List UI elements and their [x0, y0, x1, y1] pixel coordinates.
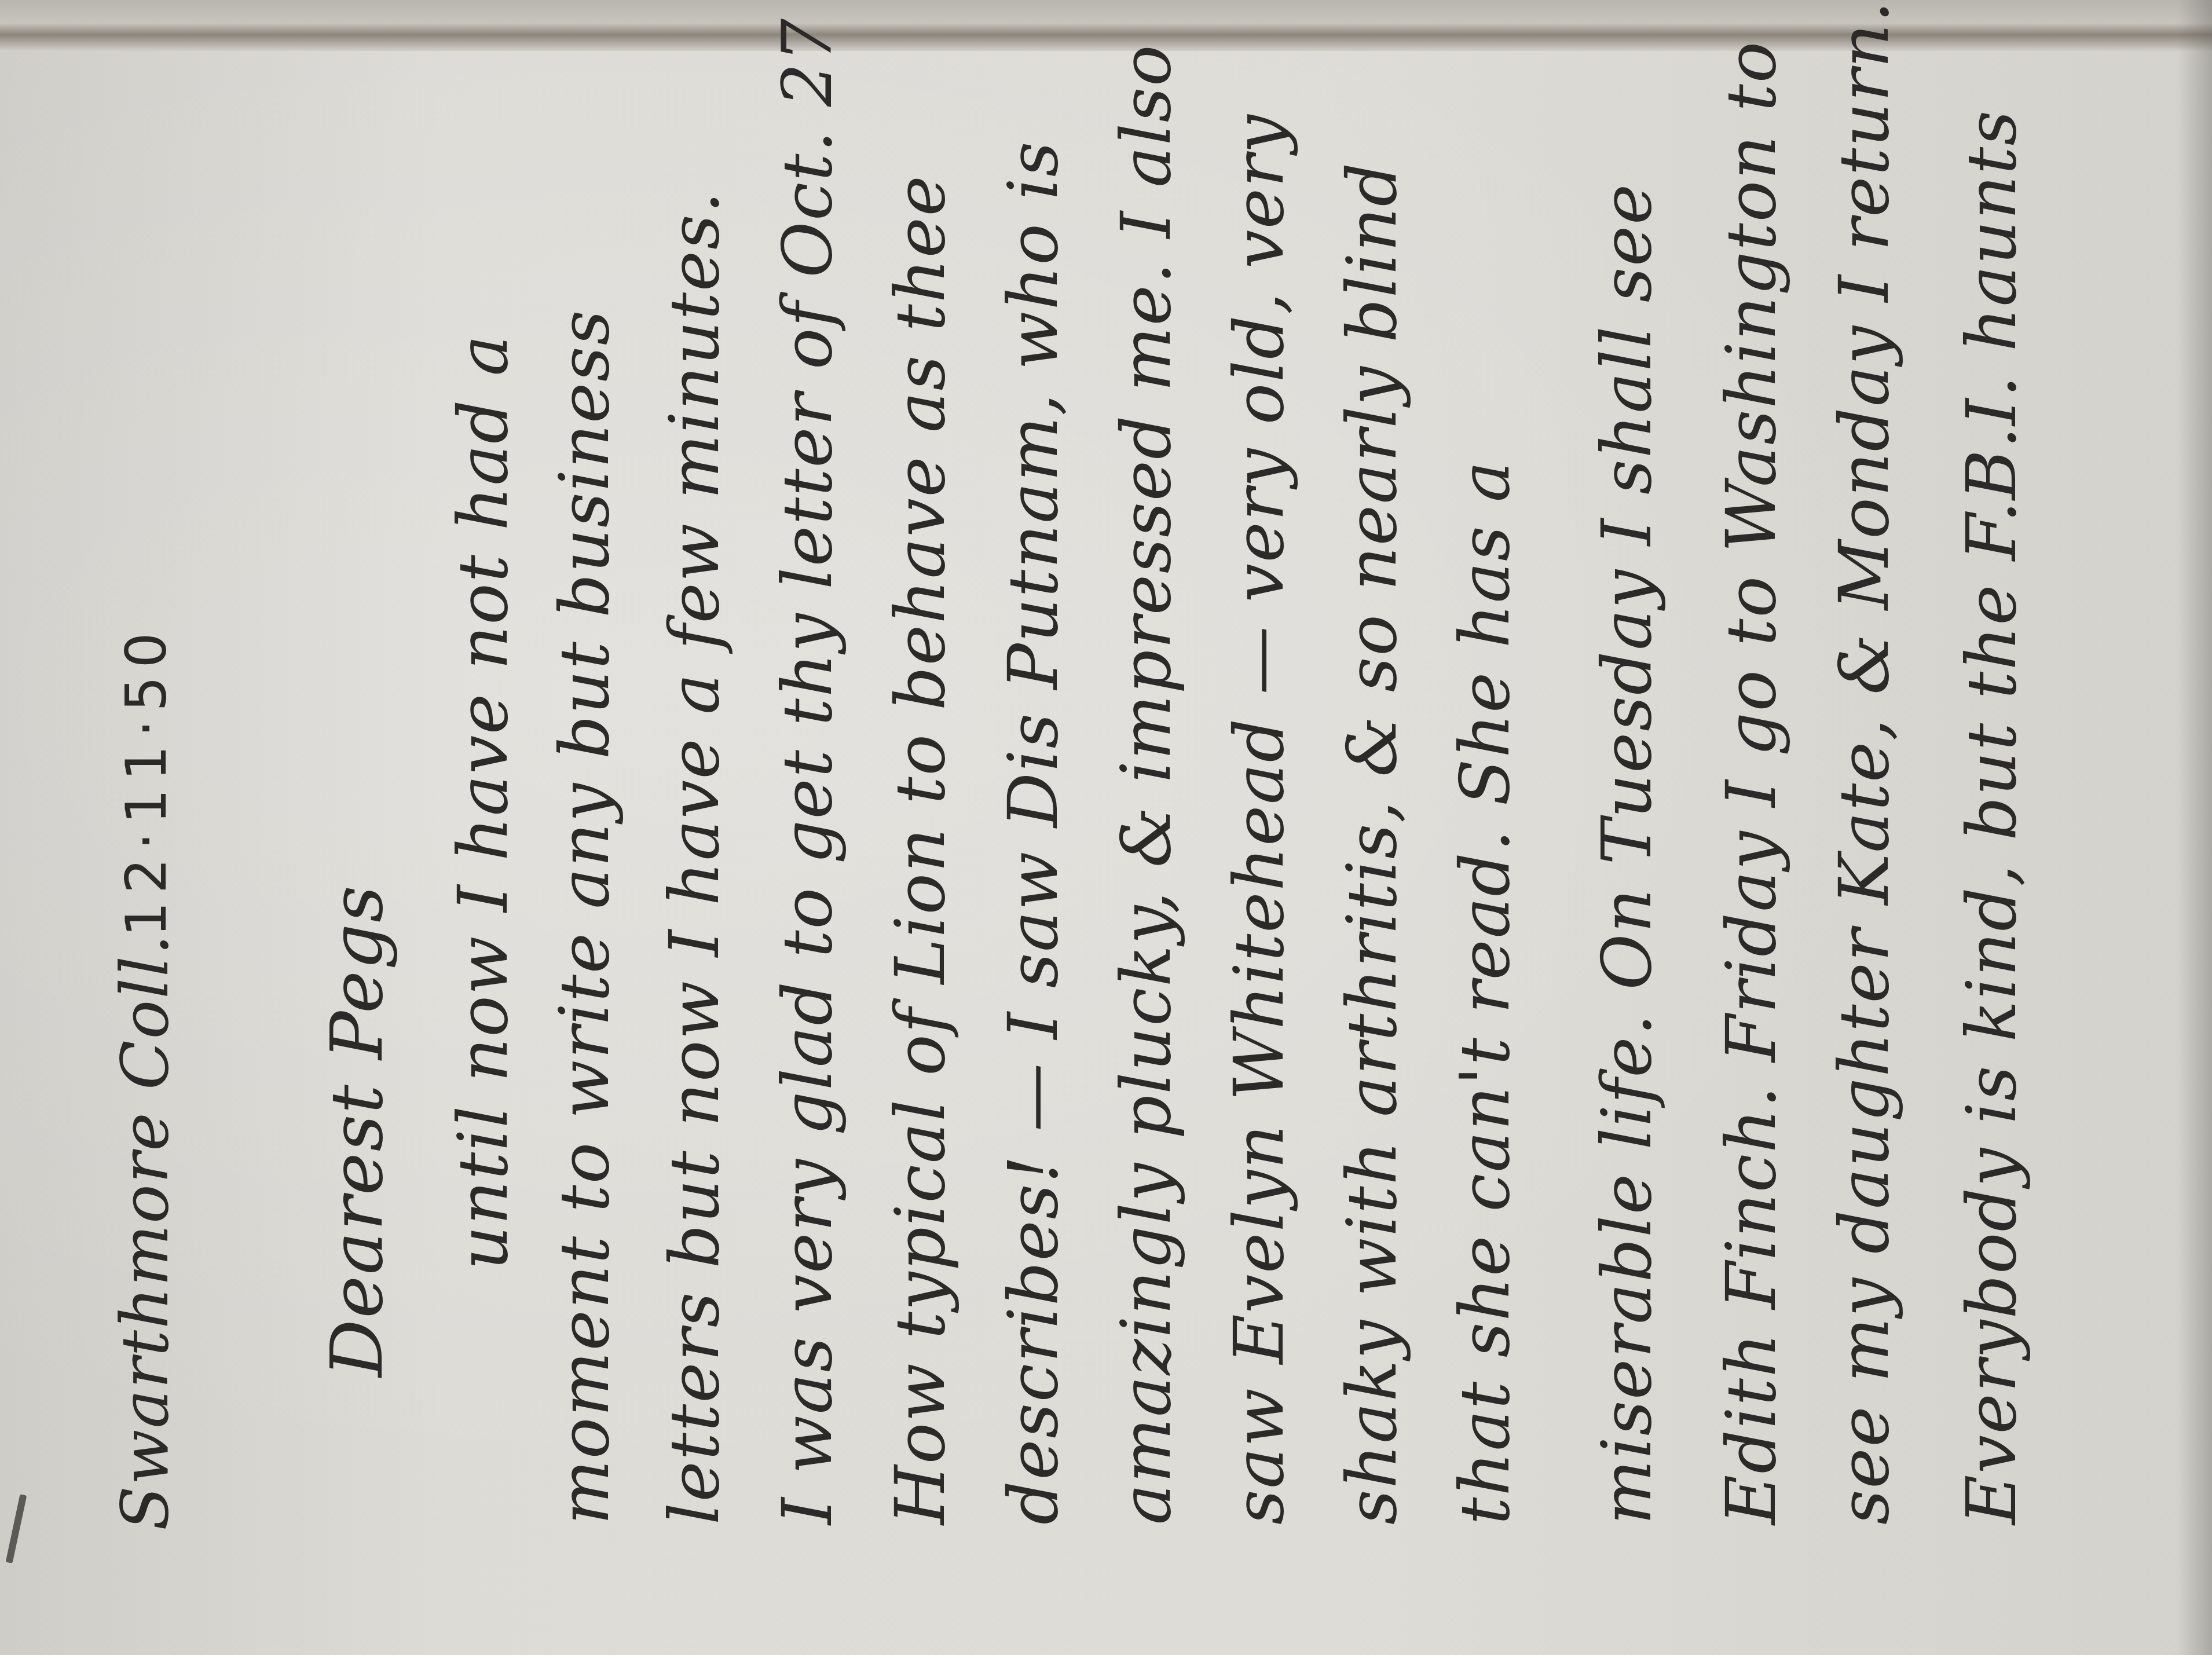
letter-date: 12·11·50	[119, 625, 174, 938]
letter-line: until now I have not had a	[449, 334, 517, 1270]
letter-line: see my daughter Kate, & Monday I return.	[1830, 0, 1898, 1525]
letter-line: letters but now I have a few minutes.	[660, 191, 728, 1525]
letter-line: Everybody is kind, but the F.B.I. haunts	[1957, 109, 2026, 1525]
letter-place: Swarthmore Coll.	[113, 933, 178, 1530]
letter-line: that she can't read. She has a	[1451, 460, 1519, 1525]
letter-salutation: Dearest Pegs	[321, 884, 393, 1377]
letter-line: Edith Finch. Friday I go to Washington t…	[1717, 41, 1785, 1525]
letter-line: shaky with arthritis, & so nearly blind	[1338, 162, 1406, 1525]
letter-line: amazingly plucky, & impressed me. I also	[1112, 44, 1180, 1525]
handwritten-letter: Swarthmore Coll. 12·11·50 Dearest Pegs u…	[0, 0, 2212, 1655]
letter-photo: Swarthmore Coll. 12·11·50 Dearest Pegs u…	[0, 0, 2212, 1655]
letter-line: describes! — I saw Dis Putnam, who is	[999, 141, 1067, 1525]
letter-line: How typical of Lion to behave as thee	[886, 174, 954, 1525]
letter-line: moment to write any but business	[550, 309, 618, 1525]
letter-line: miserable life. On Tuesday I shall see	[1592, 183, 1661, 1525]
letter-line: I was very glad to get thy letter of Oct…	[773, 17, 841, 1525]
letter-line: saw Evelyn Whitehead — very old, very	[1225, 113, 1293, 1525]
